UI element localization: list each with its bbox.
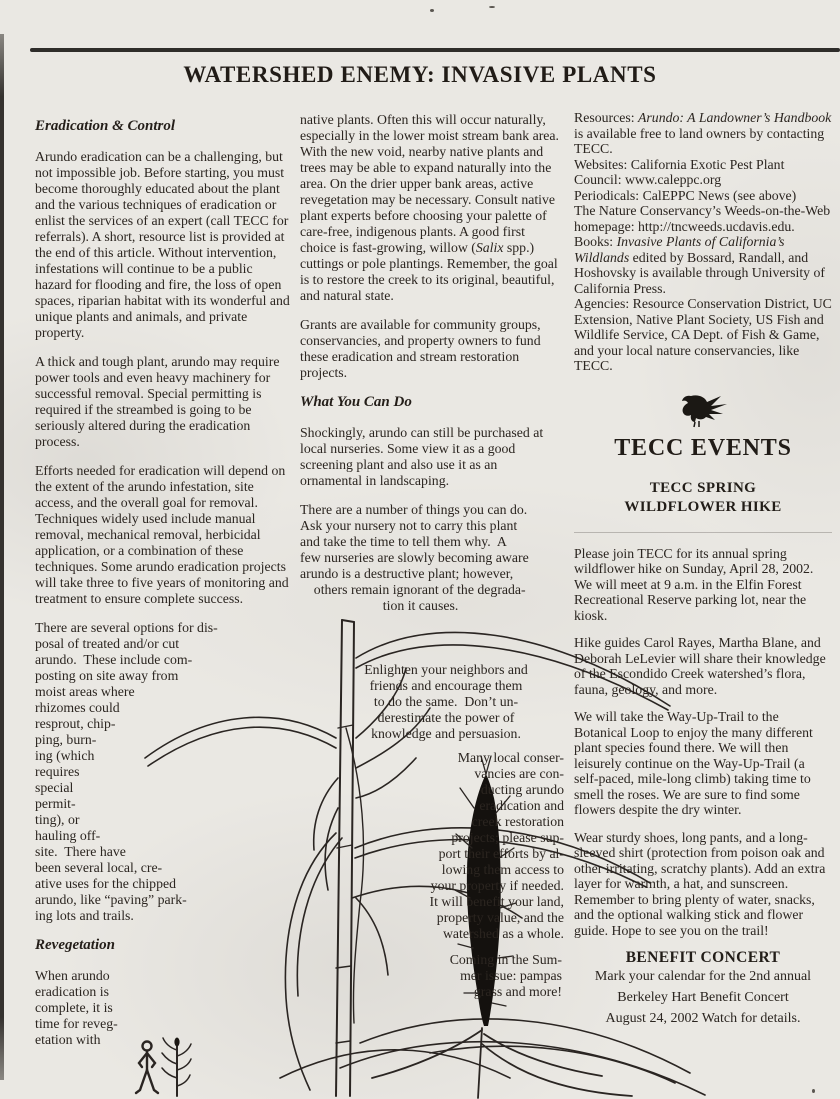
bird-icon: [574, 386, 832, 434]
scan-speck: [489, 6, 495, 8]
paragraph-disposal-options: There are several options for dis- posal…: [35, 620, 291, 924]
heading-revegetation: Revegetation: [35, 937, 291, 953]
page-edge-scan-line: [0, 34, 4, 1080]
top-rule: [30, 48, 840, 52]
paragraph-hike-gear: Wear sturdy shoes, long pants, and a lon…: [574, 830, 832, 939]
resource-entry-weeds-on-web: The Nature Conservancy’s Weeds-on-the-We…: [574, 203, 832, 234]
paragraph-things-you-can-do: There are a number of things you can do.…: [300, 502, 562, 614]
resource-list: Resources: Arundo: A Landowner’s Handboo…: [574, 110, 832, 296]
paragraph-enlighten-neighbors: Enlighten your neighbors and friends and…: [326, 662, 566, 742]
paragraph-removal-machinery: A thick and tough plant, arundo may requ…: [35, 354, 291, 450]
paragraph-hike-announcement: Please join TECC for its annual spring w…: [574, 546, 832, 624]
tecc-events-title: TECC EVENTS: [574, 441, 832, 457]
column-left: Eradication & Control Arundo eradication…: [35, 118, 291, 1061]
wildflower-hike-title: TECC SPRING WILDFLOWER HIKE: [574, 479, 832, 517]
paragraph-coming-summer-issue: Coming in the Sum- mer issue: pampas gra…: [382, 952, 562, 1000]
scan-speck: [430, 9, 434, 12]
resource-entry-handbook: Resources: Arundo: A Landowner’s Handboo…: [574, 110, 832, 157]
paragraph-eradication-efforts: Efforts needed for eradication will depe…: [35, 463, 291, 607]
paragraph-agencies: Agencies: Resource Conservation District…: [574, 296, 832, 374]
paragraph-grants: Grants are available for community group…: [300, 317, 562, 381]
resource-entry-books: Books: Invasive Plants of California’s W…: [574, 234, 832, 296]
resource-entry-periodicals: Periodicals: CalEPPC News (see above): [574, 188, 832, 204]
paragraph-benefit-concert: Mark your calendar for the 2nd annual Be…: [574, 966, 832, 1029]
paragraph-local-conservancies: Many local conser- vancies are con- duct…: [328, 750, 564, 942]
scanned-newsletter-page: WATERSHED ENEMY: INVASIVE PLANTS: [0, 0, 840, 1099]
column-middle: native plants. Often this will occur nat…: [300, 112, 562, 627]
heading-eradication-control: Eradication & Control: [35, 118, 291, 134]
divider-line: [574, 532, 832, 533]
heading-what-you-can-do: What You Can Do: [300, 394, 562, 410]
roadrunner-icon: [677, 386, 729, 430]
paragraph-native-plants: native plants. Often this will occur nat…: [300, 112, 562, 304]
paragraph-hike-guides: Hike guides Carol Rayes, Martha Blane, a…: [574, 635, 832, 697]
paragraph-hike-trail: We will take the Way-Up-Trail to the Bot…: [574, 709, 832, 818]
column-right: Resources: Arundo: A Landowner’s Handboo…: [574, 110, 832, 1041]
paragraph-revegetation-start: When arundo eradication is complete, it …: [35, 968, 291, 1048]
benefit-concert-title: BENEFIT CONCERT: [574, 950, 832, 966]
paragraph-eradication-intro: Arundo eradication can be a challenging,…: [35, 149, 291, 341]
scan-speck: [812, 1089, 815, 1093]
paragraph-nurseries: Shockingly, arundo can still be purchase…: [300, 425, 562, 489]
page-title: WATERSHED ENEMY: INVASIVE PLANTS: [0, 62, 840, 88]
resource-entry-websites: Websites: California Exotic Pest Plant C…: [574, 157, 832, 188]
